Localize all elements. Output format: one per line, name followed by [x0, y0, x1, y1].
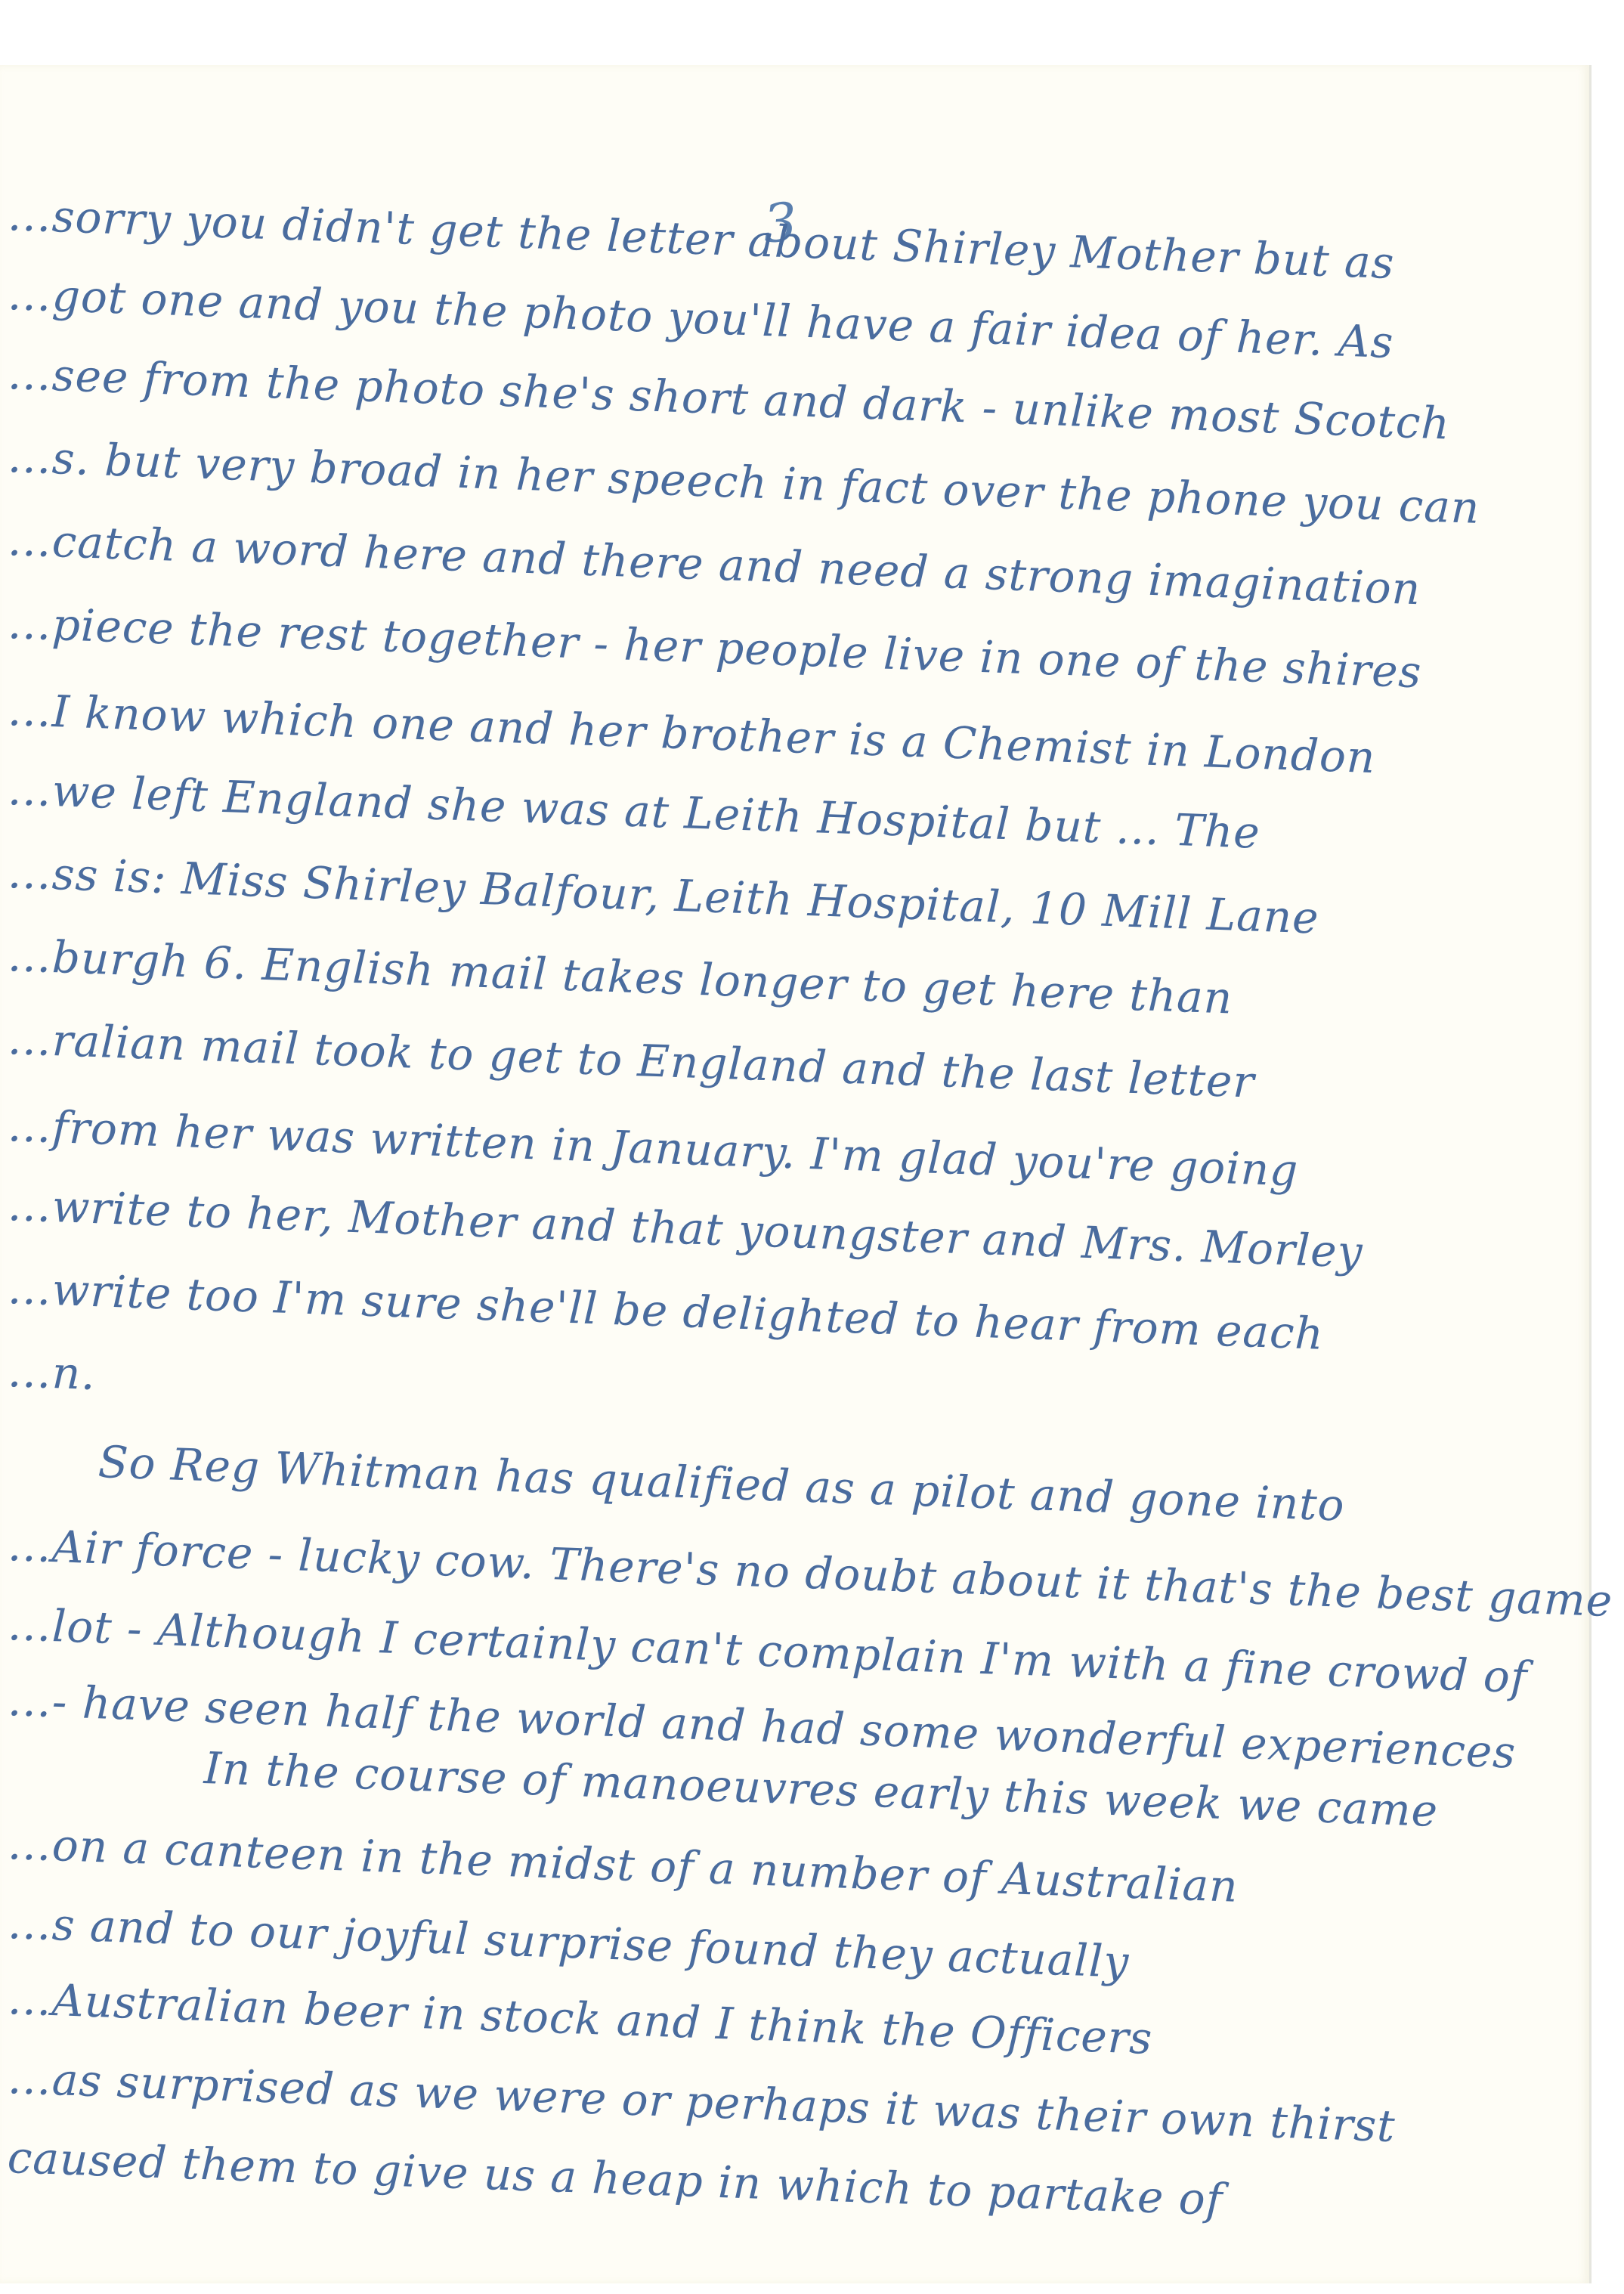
letter-line: …s. but very broad in her speech in fact… [7, 431, 1481, 534]
letter-line: …catch a word here and there and need a … [7, 514, 1421, 615]
letter-line: …write to her, Mother and that youngster… [7, 1179, 1364, 1278]
letter-line: So Reg Whitman has qualified as a pilot … [97, 1436, 1346, 1531]
letter-body: …sorry you didn't get the letter about S… [0, 0, 1624, 2294]
letter-line: …burgh 6. English mail takes longer to g… [7, 930, 1233, 1024]
letter-line: …we left England she was at Leith Hospit… [7, 763, 1261, 859]
letter-line: …as surprised as we were or perhaps it w… [7, 2052, 1397, 2152]
letter-line: …from her was written in January. I'm gl… [7, 1100, 1300, 1197]
letter-line: …I know which one and her brother is a C… [7, 684, 1377, 783]
letter-line: …n. [7, 1345, 97, 1400]
letter-line: …s and to our joyful surprise found they… [7, 1897, 1131, 1988]
letter-line: …got one and you the photo you'll have a… [7, 268, 1395, 368]
letter-line: …on a canteen in the midst of a number o… [7, 1818, 1239, 1912]
letter-line: …ralian mail took to get to England and … [7, 1013, 1255, 1108]
letter-line: …sorry you didn't get the letter about S… [7, 189, 1396, 289]
letter-line: …ss is: Miss Shirley Balfour, Leith Hosp… [7, 847, 1320, 944]
letter-line: caused them to give us a heap in which t… [7, 2131, 1224, 2225]
letter-line: …piece the rest together - her people li… [7, 597, 1423, 698]
letter-line: …write too I'm sure she'll be delighted … [7, 1262, 1325, 1360]
letter-line: …Australian beer in stock and I think th… [7, 1973, 1154, 2064]
letter-line: …see from the photo she's short and dark… [7, 348, 1451, 450]
